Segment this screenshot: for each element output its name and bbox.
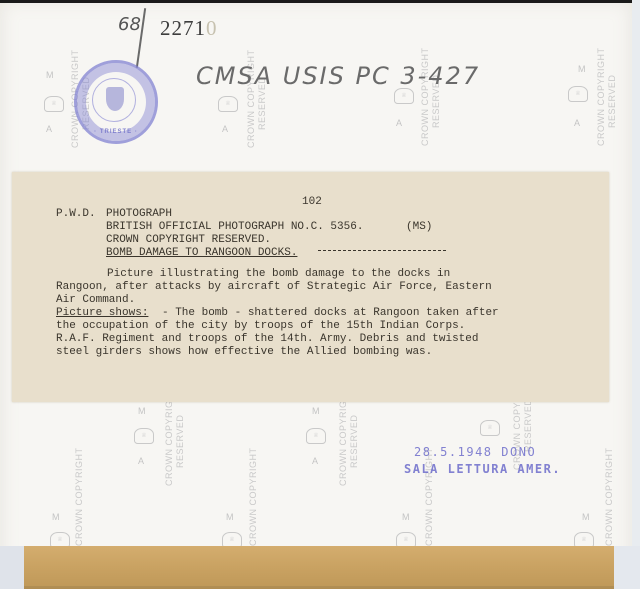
watermark-line1: CROWN COPYRIGHT [604, 448, 614, 547]
header-title: PHOTOGRAPH [106, 208, 172, 220]
watermark-letter: M [138, 406, 146, 416]
watermark-text: CROWN COPYRIGHT [604, 448, 615, 547]
handwritten-collection-code: CMSA USIS PC 3-427 [196, 62, 480, 90]
watermark-line2: RESERVED [349, 388, 360, 487]
para2-line2: the occupation of the city by troops of … [56, 320, 465, 332]
watermark-text: CROWN COPYRIGHTRESERVED [164, 388, 186, 487]
right-edge [632, 0, 640, 589]
watermark-letter: M [46, 70, 54, 80]
para2-line1: - The bomb - shattered docks at Rangoon … [162, 307, 499, 319]
dashed-rule [318, 250, 446, 251]
crown-icon: ♕ [480, 420, 500, 436]
shield-crest-icon [106, 87, 124, 111]
watermark-letter: A [396, 118, 402, 128]
crown-icon: ♕ [394, 88, 414, 104]
para1-line2: Rangoon, after attacks by aircraft of St… [56, 281, 492, 293]
donation-stamp-line2: SALA LETTURA AMER. [404, 461, 561, 478]
para2-line4: steel girders shows how effective the Al… [56, 346, 432, 358]
watermark-letter: A [312, 456, 318, 466]
scan-background-left [0, 546, 24, 589]
watermark-letter: A [574, 118, 580, 128]
watermark-line2: RESERVED [607, 48, 618, 147]
crown-icon: ♕ [134, 428, 154, 444]
donation-date: 28.5.1948 [414, 445, 493, 459]
para2-line3: R.A.F. Regiment and troops of the 14th. … [56, 333, 478, 345]
scan-background-right [614, 546, 640, 589]
kraft-paper-tape [24, 546, 614, 589]
crown-icon: ♕ [218, 96, 238, 112]
watermark-text: CROWN COPYRIGHTRESERVED [596, 48, 618, 147]
watermark-line1: CROWN COPYRIGHT [596, 48, 606, 147]
inventory-number-strike: 1 [195, 16, 207, 40]
inventory-number: 22710 [160, 16, 218, 41]
watermark-letter: M [582, 512, 590, 522]
watermark-letter: A [222, 124, 228, 134]
watermark-letter: M [52, 512, 60, 522]
watermark-line1: CROWN COPYRIGHT [74, 448, 84, 547]
header-prefix: P.W.D. [56, 208, 96, 220]
watermark-line1: CROWN COPYRIGHT [338, 388, 348, 487]
para1-line3: Air Command. [56, 294, 135, 306]
watermark-letter: M [226, 512, 234, 522]
caption-slip: 102 P.W.D. PHOTOGRAPH BRITISH OFFICIAL P… [12, 172, 609, 402]
watermark-letter: M [312, 406, 320, 416]
crown-icon: ♕ [568, 86, 588, 102]
top-edge [0, 0, 640, 3]
inventory-number-faded: 0 [206, 16, 218, 40]
donation-label: DONO [501, 445, 536, 459]
headline: BOMB DAMAGE TO RANGOON DOCKS. [106, 247, 297, 259]
watermark-text: CROWN COPYRIGHT [248, 448, 259, 547]
copyright-line: CROWN COPYRIGHT RESERVED. [106, 234, 271, 246]
stamp-bottom-text: · TRIESTE · [77, 129, 155, 135]
inventory-number-dark: 227 [160, 16, 195, 40]
crown-icon: ♕ [44, 96, 64, 112]
page-number: 102 [302, 196, 322, 208]
watermark-letter: A [46, 124, 52, 134]
crown-icon: ♕ [306, 428, 326, 444]
watermark-letter: A [138, 456, 144, 466]
watermark-line2: RESERVED [175, 388, 186, 487]
watermark-line1: CROWN COPYRIGHT [248, 448, 258, 547]
watermark-text: CROWN COPYRIGHTRESERVED [338, 388, 360, 487]
official-code: (MS) [406, 221, 432, 233]
picture-shows-label: Picture shows: [56, 307, 148, 319]
watermark-text: CROWN COPYRIGHT [74, 448, 85, 547]
donation-stamp: 28.5.1948 DONO SALA LETTURA AMER. [414, 444, 561, 478]
watermark-letter: M [578, 64, 586, 74]
watermark-line1: CROWN COPYRIGHT [164, 388, 174, 487]
archive-round-stamp: · TRIESTE · [74, 60, 158, 144]
donation-stamp-line1: 28.5.1948 DONO [414, 444, 561, 461]
watermark-letter: M [402, 512, 410, 522]
para1-line1: Picture illustrating the bomb damage to … [107, 268, 450, 280]
handwritten-ref-number: 68 [118, 14, 141, 35]
official-photo-line: BRITISH OFFICIAL PHOTOGRAPH NO.C. 5356. [106, 221, 363, 233]
